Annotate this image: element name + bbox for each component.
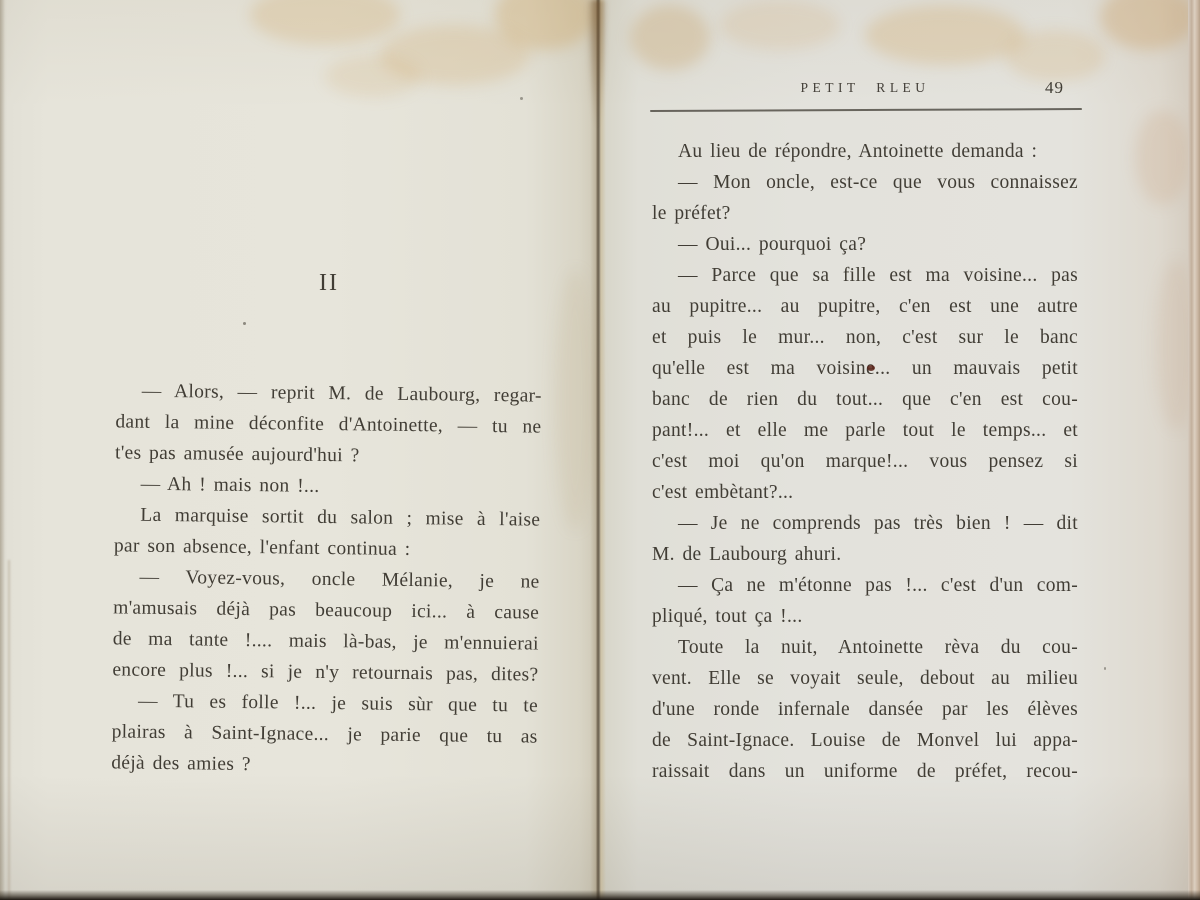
text-line: le préfet? — [652, 198, 1078, 229]
text-line: par son absence, l'enfant continua : — [114, 530, 540, 566]
book-photo: II — Alors, — reprit M. de Laubourg, reg… — [0, 0, 1200, 900]
left-page-text: — Alors, — reprit M. de Laubourg, regar-… — [111, 375, 542, 783]
ink-speck — [1104, 667, 1106, 670]
text-line: raissait dans un uniforme de préfet, rec… — [652, 756, 1078, 787]
text-line: — Voyez-vous, oncle Mélanie, je ne — [113, 561, 539, 597]
text-line: Toute la nuit, Antoinette rèva du cou- — [652, 632, 1078, 663]
running-head-title: PETIT RLEU — [652, 80, 1078, 96]
text-line: m'amusais déjà pas beaucoup ici... à cau… — [113, 592, 539, 628]
text-line: plairas à Saint-Ignace... je parie que t… — [111, 716, 537, 752]
text-line: déjà des amies ? — [111, 747, 537, 783]
text-line: et puis le mur... non, c'est sur le banc — [652, 322, 1078, 353]
text-line: d'une ronde infernale dansée par les élè… — [652, 694, 1078, 725]
text-line: vent. Elle se voyait seule, debout au mi… — [652, 663, 1078, 694]
text-line: c'est embètant?... — [652, 477, 1078, 508]
text-line: — Je ne comprends pas très bien ! — dit — [652, 508, 1078, 539]
text-line: de ma tante !.... mais là-bas, je m'ennu… — [113, 623, 539, 659]
chapter-heading: II — [116, 270, 542, 297]
page-crease — [8, 560, 10, 900]
text-line: qu'elle est ma voisine... un mauvais pet… — [652, 353, 1078, 384]
text-line: — Alors, — reprit M. de Laubourg, regar- — [116, 375, 542, 411]
text-line: — Parce que sa fille est ma voisine... p… — [652, 260, 1078, 291]
text-line: encore plus !... si je n'y retournais pa… — [112, 654, 538, 690]
text-line: dant la mine déconfite d'Antoinette, — t… — [115, 406, 541, 442]
text-line: Au lieu de répondre, Antoinette demanda … — [652, 136, 1078, 167]
text-line: c'est moi qu'on marque!... vous pensez s… — [652, 446, 1078, 477]
text-line: pliqué, tout ça !... — [652, 601, 1078, 632]
text-line: de Saint-Ignace. Louise de Monvel lui ap… — [652, 725, 1078, 756]
text-line: — Tu es folle !... je suis sùr que tu te — [112, 685, 538, 721]
page-number: 49 — [1045, 78, 1064, 98]
text-line: — Ah ! mais non !... — [115, 468, 541, 504]
text-line: banc de rien du tout... que c'en est cou… — [652, 384, 1078, 415]
text-line: — Mon oncle, est-ce que vous connaissez — [652, 167, 1078, 198]
text-line: — Ça ne m'étonne pas !... c'est d'un com… — [652, 570, 1078, 601]
text-line: pant!... et elle me parle tout le temps.… — [652, 415, 1078, 446]
page-edge-left — [0, 0, 5, 900]
text-line: La marquise sortit du salon ; mise à l'a… — [114, 499, 540, 535]
text-line: au pupitre... au pupitre, c'en est une a… — [652, 291, 1078, 322]
right-page-text: Au lieu de répondre, Antoinette demanda … — [652, 136, 1078, 787]
text-line: t'es pas amusée aujourd'hui ? — [115, 437, 541, 473]
text-line: — Oui... pourquoi ça? — [652, 229, 1078, 260]
bottom-shadow — [0, 890, 1200, 900]
text-line: M. de Laubourg ahuri. — [652, 539, 1078, 570]
running-head-row: PETIT RLEU 49 — [652, 80, 1078, 104]
ink-spot — [867, 365, 875, 371]
ink-speck — [520, 97, 523, 100]
ink-speck — [243, 322, 246, 325]
page-edge-right — [1188, 0, 1200, 900]
